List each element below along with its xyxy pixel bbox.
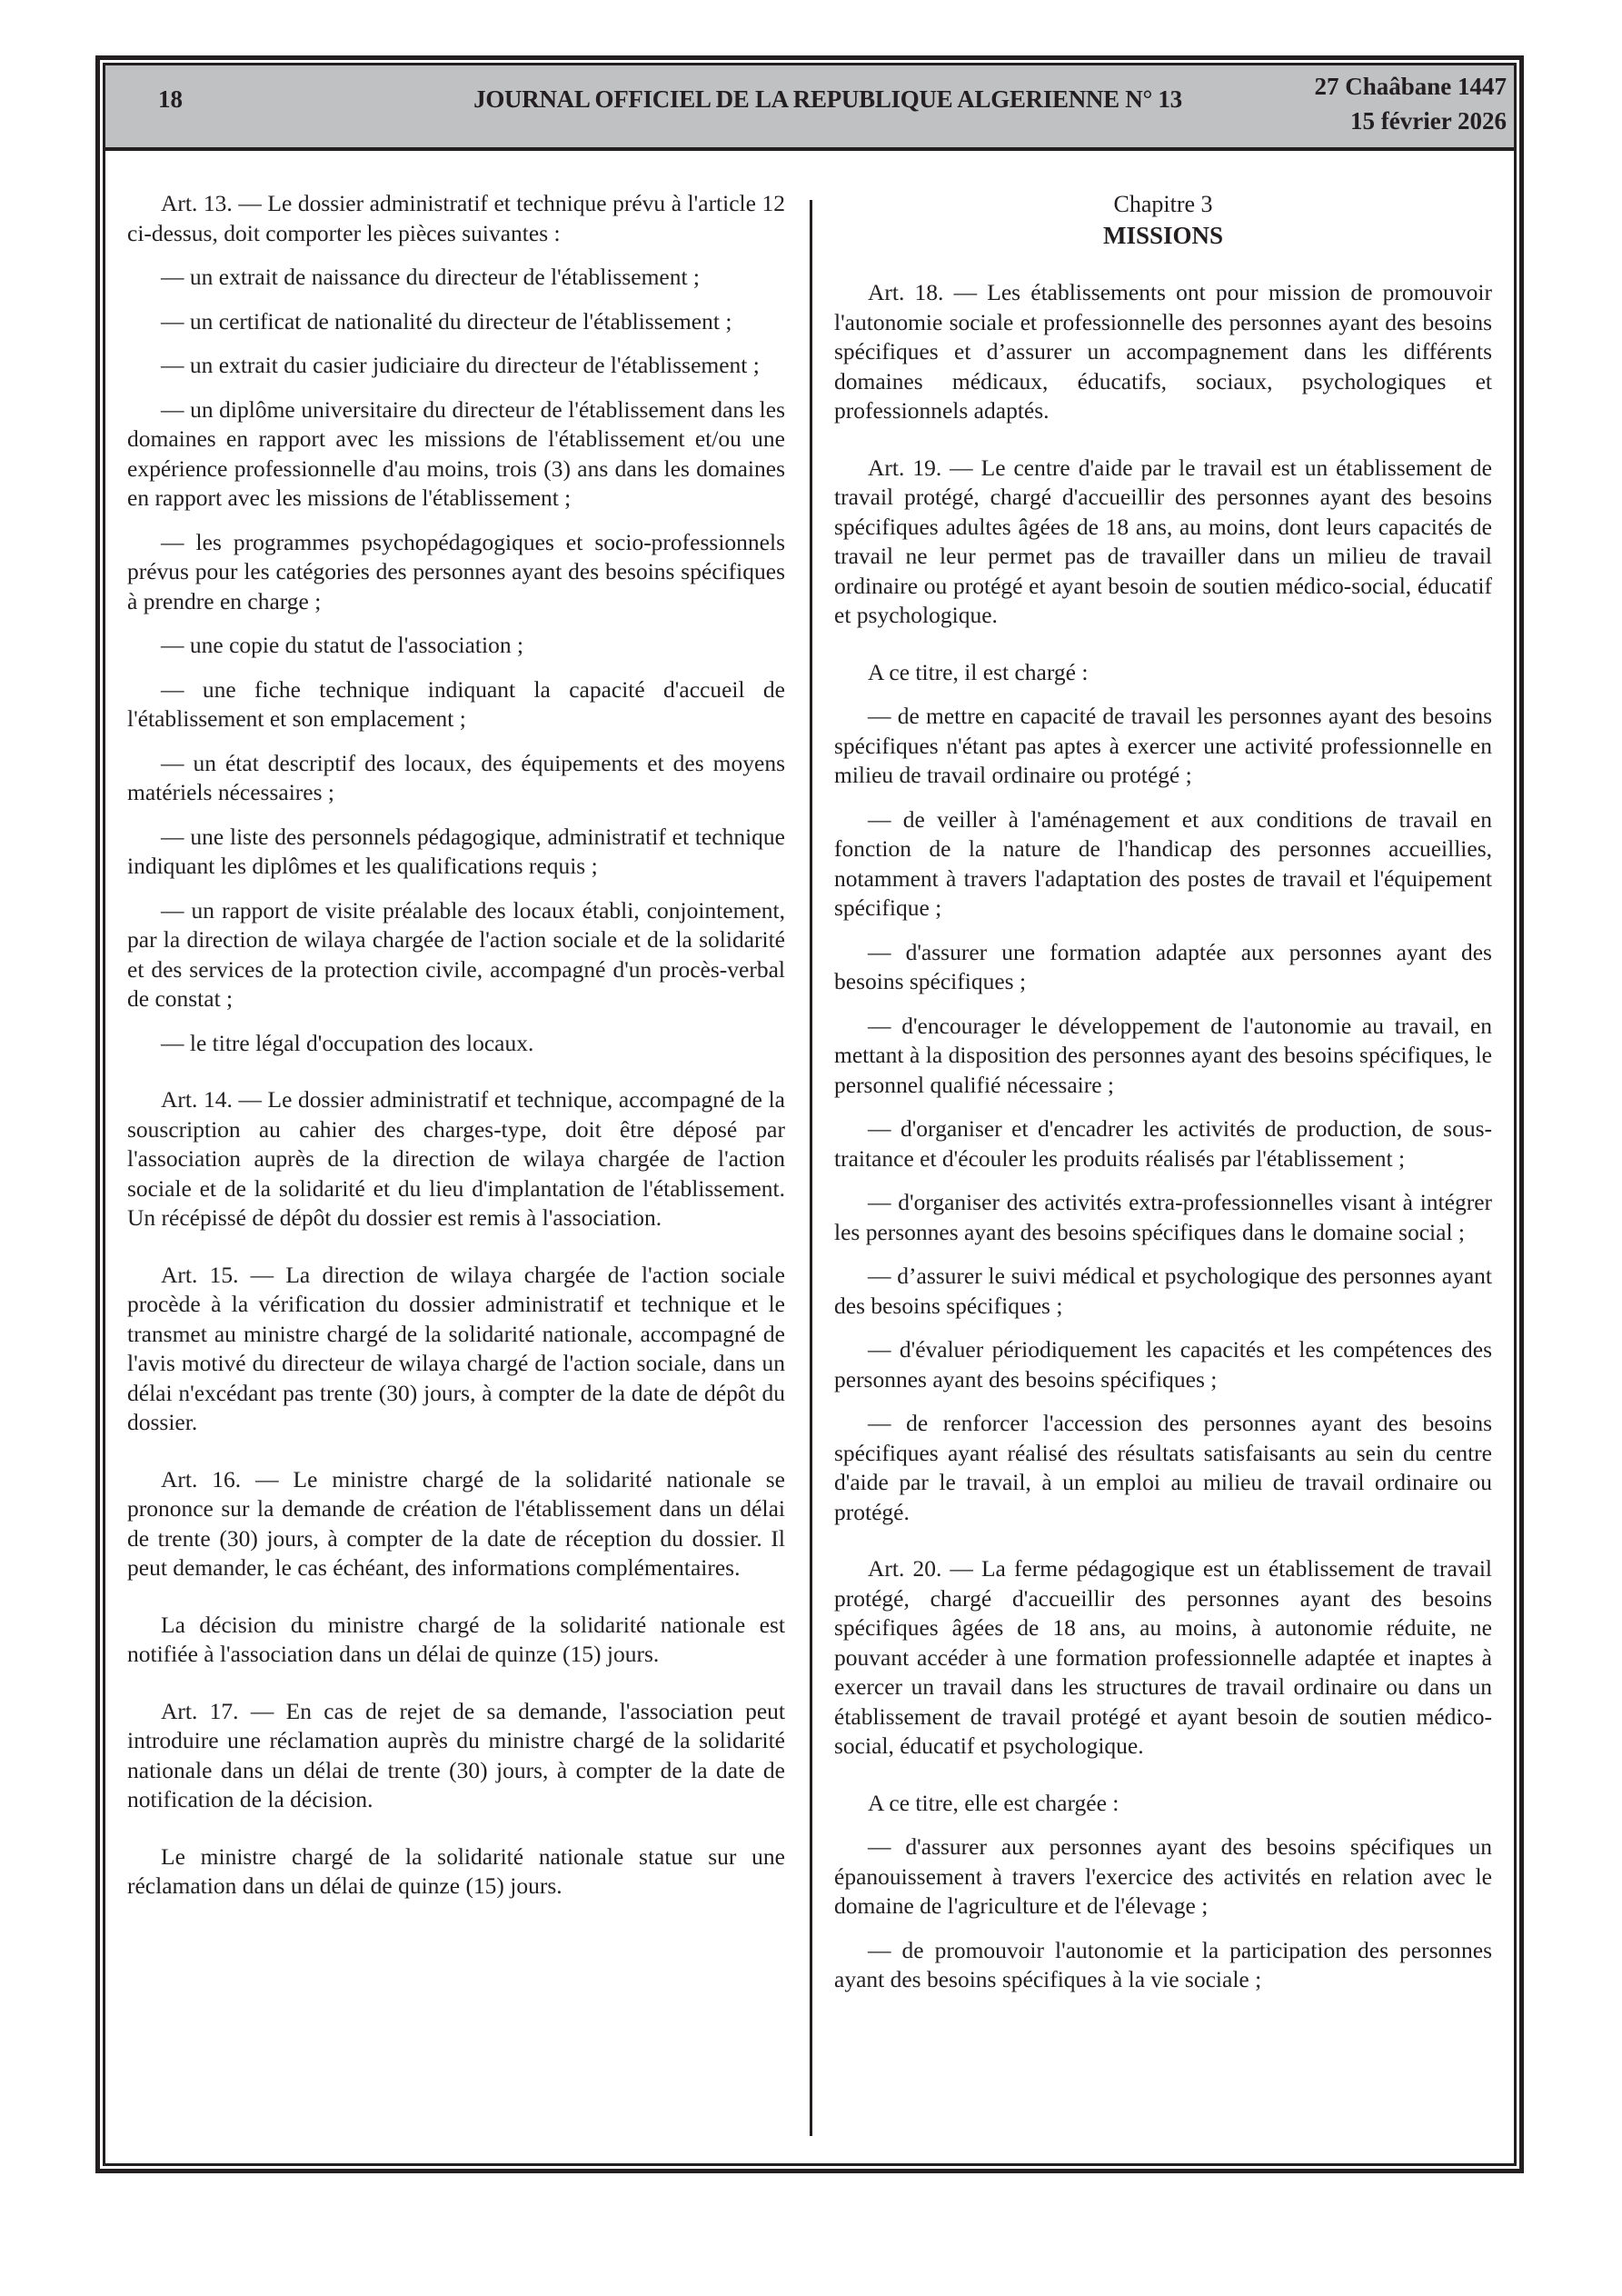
- column-divider: [810, 200, 812, 2136]
- article-17-paragraph: Le ministre chargé de la solidarité nati…: [127, 1842, 785, 1902]
- article-14: Art. 14. — Le dossier administratif et t…: [127, 1085, 785, 1233]
- list-item: — d'organiser et d'encadrer les activité…: [834, 1114, 1492, 1173]
- list-item: — d'assurer aux personnes ayant des beso…: [834, 1832, 1492, 1922]
- article-19: Art. 19. — Le centre d'aide par le trava…: [834, 454, 1492, 631]
- issue-date: 27 Chaâbane 1447 15 février 2026: [1314, 69, 1507, 138]
- list-item: — de mettre en capacité de travail les p…: [834, 702, 1492, 791]
- list-item: — d'encourager le développement de l'aut…: [834, 1012, 1492, 1101]
- date-hijri: 27 Chaâbane 1447: [1314, 69, 1507, 104]
- article-19-intro: A ce titre, il est chargé :: [834, 658, 1492, 688]
- list-item: — de renforcer l'accession des personnes…: [834, 1409, 1492, 1527]
- article-18: Art. 18. — Les établissements ont pour m…: [834, 278, 1492, 426]
- list-item: — un extrait du casier judiciaire du dir…: [127, 351, 785, 381]
- list-item: — un certificat de nationalité du direct…: [127, 307, 785, 337]
- list-item: — d’assurer le suivi médical et psycholo…: [834, 1262, 1492, 1321]
- list-item: — une copie du statut de l'association ;: [127, 631, 785, 661]
- article-15: Art. 15. — La direction de wilaya chargé…: [127, 1261, 785, 1438]
- list-item: — un diplôme universitaire du directeur …: [127, 395, 785, 514]
- list-item: — une fiche technique indiquant la capac…: [127, 675, 785, 734]
- article-16: Art. 16. — Le ministre chargé de la soli…: [127, 1465, 785, 1583]
- article-17: Art. 17. — En cas de rejet de sa demande…: [127, 1697, 785, 1815]
- journal-header: 18 JOURNAL OFFICIEL DE LA REPUBLIQUE ALG…: [105, 65, 1514, 151]
- list-item: — un rapport de visite préalable des loc…: [127, 896, 785, 1014]
- article-20: Art. 20. — La ferme pédagogique est un é…: [834, 1554, 1492, 1762]
- date-gregorian: 15 février 2026: [1314, 104, 1507, 138]
- list-item: — les programmes psychopédagogiques et s…: [127, 528, 785, 617]
- list-item: — de veiller à l'aménagement et aux cond…: [834, 805, 1492, 923]
- article-20-intro: A ce titre, elle est chargée :: [834, 1789, 1492, 1819]
- list-item: — de promouvoir l'autonomie et la partic…: [834, 1936, 1492, 1995]
- list-item: — une liste des personnels pédagogique, …: [127, 823, 785, 882]
- chapter-title: MISSIONS: [834, 220, 1492, 251]
- left-column: Art. 13. — Le dossier administratif et t…: [127, 189, 785, 1902]
- list-item: — d'assurer une formation adaptée aux pe…: [834, 938, 1492, 997]
- list-item: — le titre légal d'occupation des locaux…: [127, 1029, 785, 1059]
- list-item: — d'organiser des activités extra-profes…: [834, 1188, 1492, 1247]
- list-item: — un extrait de naissance du directeur d…: [127, 263, 785, 293]
- list-item: — un état descriptif des locaux, des équ…: [127, 749, 785, 808]
- right-column: Chapitre 3 MISSIONS Art. 18. — Les établ…: [834, 189, 1492, 1995]
- chapter-label: Chapitre 3: [834, 189, 1492, 220]
- article-16-paragraph: La décision du ministre chargé de la sol…: [127, 1611, 785, 1670]
- list-item: — d'évaluer périodiquement les capacités…: [834, 1335, 1492, 1394]
- article-13: Art. 13. — Le dossier administratif et t…: [127, 189, 785, 248]
- journal-title: JOURNAL OFFICIEL DE LA REPUBLIQUE ALGERI…: [105, 85, 1514, 114]
